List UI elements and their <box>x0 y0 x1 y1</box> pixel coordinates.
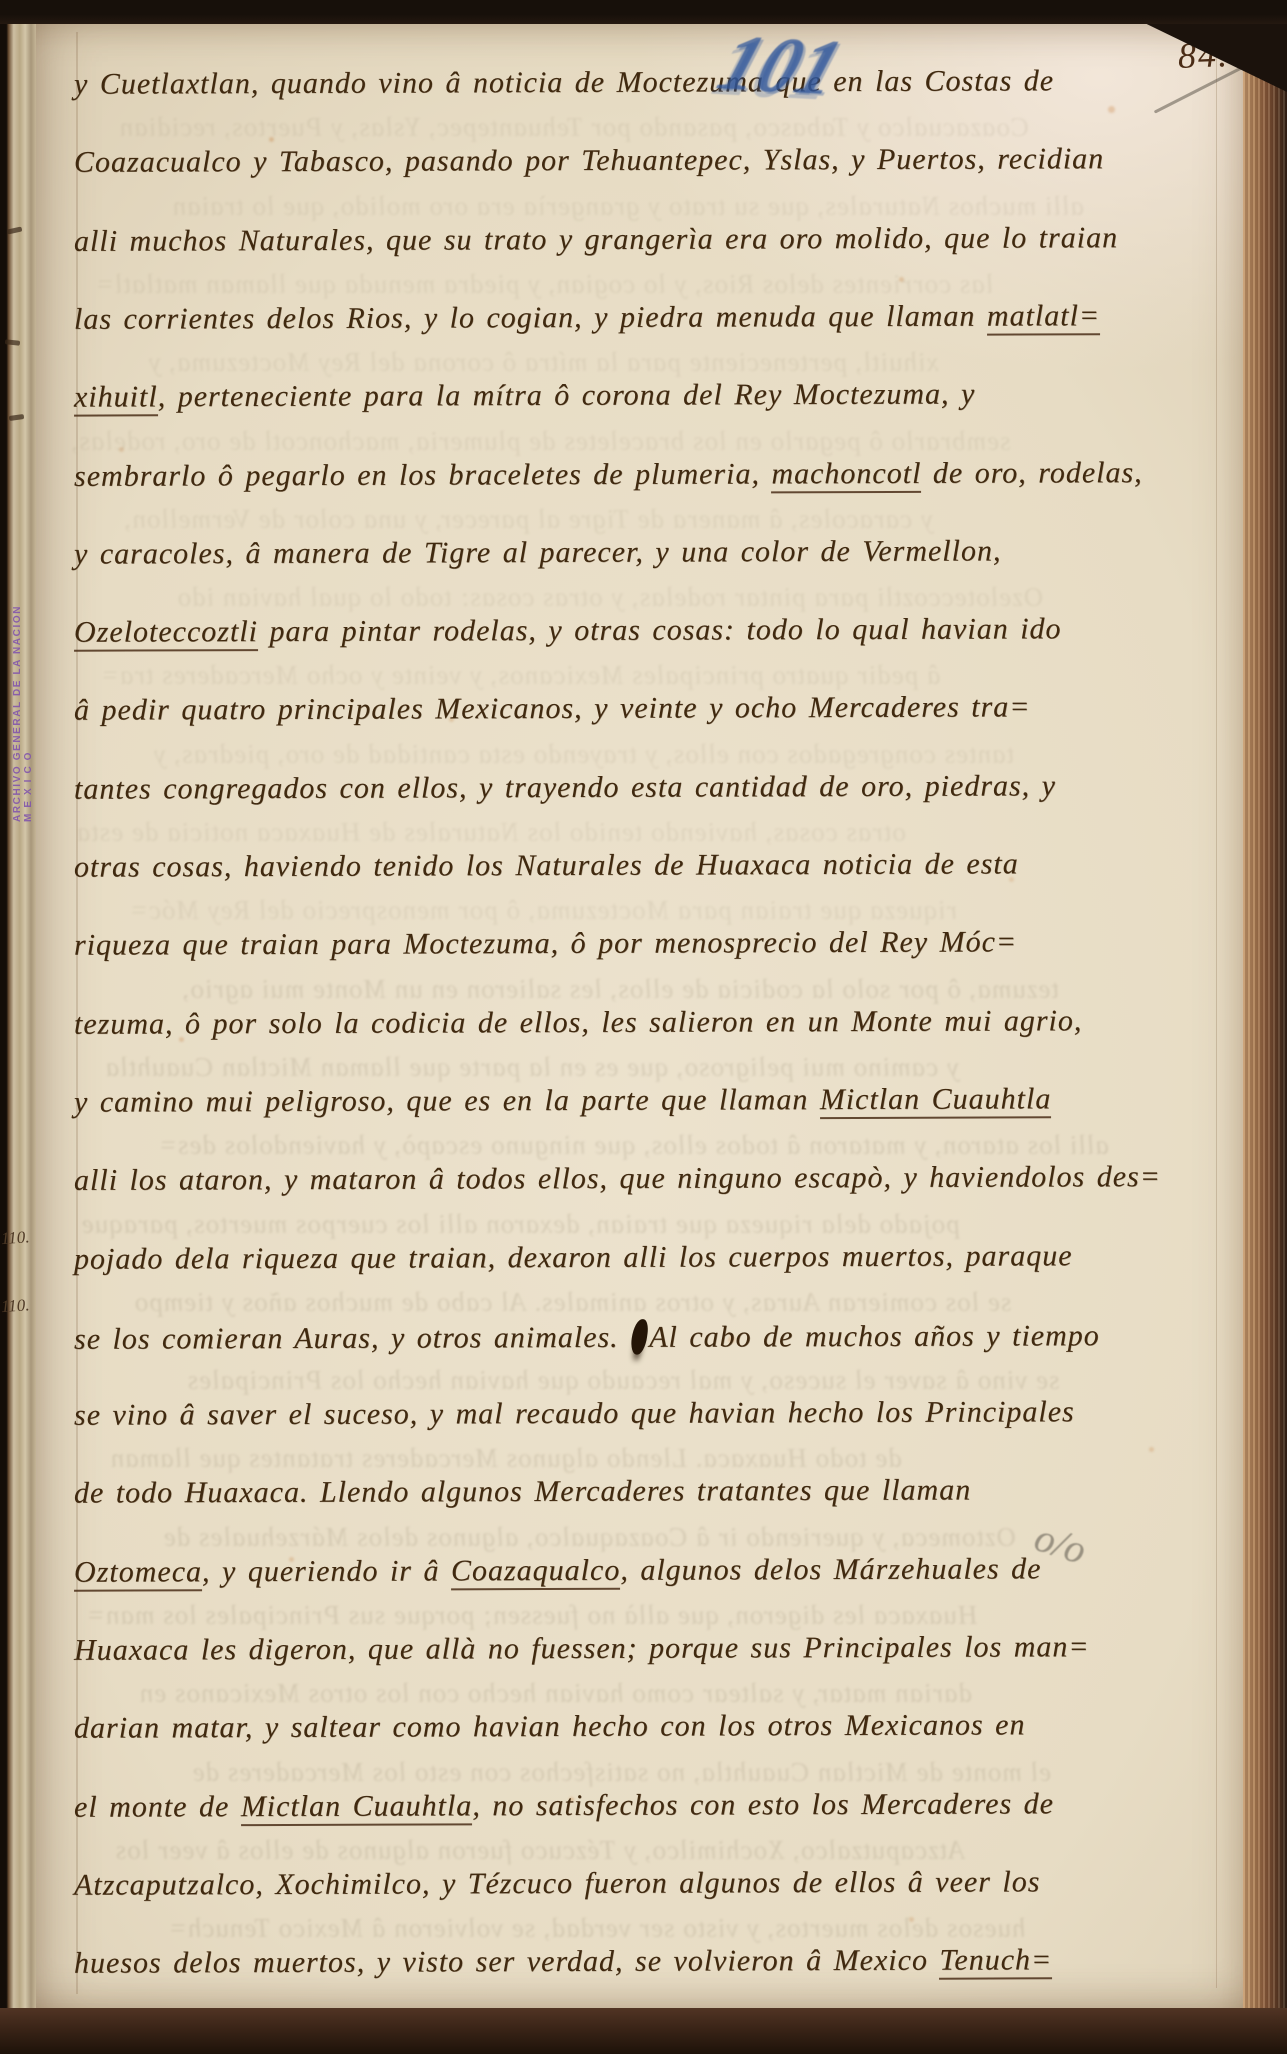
edge-fragment-number: 110. <box>0 1295 35 1317</box>
text-segment: para pintar rodelas, y otras cosas: todo… <box>258 612 1062 648</box>
underlined-term: Oztomeca <box>74 1555 202 1591</box>
manuscript-line: riqueza que traian para Moctezuma, ô por… <box>74 926 1017 963</box>
archive-stamp-city: MEXICO <box>23 616 34 822</box>
ink-blot <box>630 1318 650 1356</box>
manuscript-line: pojado dela riqueza que traian, dexaron … <box>74 1239 1073 1276</box>
archive-stamp: ARCHIVO GENERAL DE LA NACION MEXICO <box>12 616 48 822</box>
manuscript-line: sembrarlo ô pegarlo en los braceletes de… <box>74 456 1143 494</box>
manuscript-text: y Cuetlaxtlan, quando vino â noticia de … <box>30 18 1245 2010</box>
text-segment: alli muchos Naturales, que su trato y gr… <box>74 221 1118 258</box>
manuscript-scan: Coazacualco y Tabasco, pasando por Tehua… <box>0 0 1287 2054</box>
manuscript-line: y camino mui peligroso, que es en la par… <box>74 1082 1051 1119</box>
text-segment: tezuma, ô por solo la codicia de ellos, … <box>74 1004 1082 1041</box>
edge-fragment-number: 110. <box>0 1227 35 1249</box>
text-segment: y caracoles, â manera de Tigre al parece… <box>74 534 1002 570</box>
underlined-term: Coazaqualco <box>451 1553 620 1590</box>
text-segment: las corrientes delos Rios, y lo cogian, … <box>74 299 987 335</box>
text-segment: de oro, rodelas, <box>921 456 1142 490</box>
manuscript-line: las corrientes delos Rios, y lo cogian, … <box>74 299 1100 337</box>
manuscript-line: Atzcaputzalco, Xochimilco, y Tézcuco fue… <box>74 1865 1041 1902</box>
text-segment: y camino mui peligroso, que es en la par… <box>74 1083 820 1119</box>
text-segment: â pedir quatro principales Mexicanos, y … <box>74 691 1031 727</box>
manuscript-line: Oztomeca, y queriendo ir â Coazaqualco, … <box>74 1552 1042 1589</box>
manuscript-line: otras cosas, haviendo tenido los Natural… <box>74 847 1019 884</box>
binding-bottom-edge <box>0 2008 1287 2054</box>
text-segment: otras cosas, haviendo tenido los Natural… <box>74 847 1019 883</box>
manuscript-line: xihuitl, perteneciente para la mítra ô c… <box>74 378 975 415</box>
underlined-term: Mictlan Cuauhtla <box>820 1082 1052 1119</box>
text-segment: alli los ataron, y mataron â todos ellos… <box>74 1160 1161 1197</box>
book-gutter-page-edges <box>0 0 36 2054</box>
manuscript-line: y caracoles, â manera de Tigre al parece… <box>74 534 1002 571</box>
underlined-term: matlatl= <box>987 299 1100 335</box>
manuscript-line: huesos delos muertos, y visto ser verdad… <box>74 1943 1052 1980</box>
manuscript-line: Huaxaca les digeron, que allà no fuessen… <box>74 1630 1090 1668</box>
manuscript-line: tezuma, ô por solo la codicia de ellos, … <box>74 1004 1082 1042</box>
manuscript-line: â pedir quatro principales Mexicanos, y … <box>74 691 1031 728</box>
text-segment: Atzcaputzalco, Xochimilco, y Tézcuco fue… <box>74 1865 1040 1901</box>
manuscript-line: tantes congregados con ellos, y trayendo… <box>74 769 1056 806</box>
text-segment: huesos delos muertos, y visto ser verdad… <box>74 1944 940 1980</box>
manuscript-line: se los comieran Auras, y otros animales.… <box>74 1317 1100 1357</box>
text-segment: Huaxaca les digeron, que allà no fuessen… <box>74 1630 1090 1667</box>
manuscript-page: Coazacualco y Tabasco, pasando por Tehua… <box>30 18 1245 2010</box>
underlined-term: Mictlan Cuauhtla <box>241 1789 473 1826</box>
text-segment: darian matar, y saltear como havian hech… <box>74 1709 1026 1745</box>
manuscript-line: Ozeloteccoztli para pintar rodelas, y ot… <box>74 612 1062 649</box>
underlined-term: xihuitl <box>74 380 158 416</box>
text-segment: Coazacualco y Tabasco, pasando por Tehua… <box>74 142 1104 179</box>
text-segment: de todo Huaxaca. Llendo algunos Mercader… <box>74 1474 971 1510</box>
manuscript-line: Coazacualco y Tabasco, pasando por Tehua… <box>74 142 1104 180</box>
text-segment: se vino â saver el suceso, y mal recaudo… <box>74 1395 1075 1431</box>
text-segment: el monte de <box>74 1790 241 1824</box>
manuscript-line: alli los ataron, y mataron â todos ellos… <box>74 1160 1161 1198</box>
manuscript-line: el monte de Mictlan Cuauhtla, no satisfe… <box>74 1787 1054 1824</box>
text-segment: sembrarlo ô pegarlo en los braceletes de… <box>74 457 772 492</box>
manuscript-line: y Cuetlaxtlan, quando vino â noticia de … <box>74 64 1054 101</box>
text-segment: riqueza que traian para Moctezuma, ô por… <box>74 926 1017 962</box>
text-segment: Al cabo de muchos años y tiempo <box>649 1319 1100 1354</box>
manuscript-line: darian matar, y saltear como havian hech… <box>74 1709 1026 1746</box>
binding-top-edge <box>0 0 1287 24</box>
underlined-term: machoncotl <box>771 456 921 493</box>
text-segment: tantes congregados con ellos, y trayendo… <box>74 769 1056 805</box>
underlined-term: Tenuch= <box>939 1943 1052 1979</box>
text-segment: , no satisfechos con esto los Mercaderes… <box>472 1787 1054 1822</box>
underlined-term: Ozeloteccoztli <box>74 615 258 652</box>
manuscript-line: se vino â saver el suceso, y mal recaudo… <box>74 1395 1075 1432</box>
text-segment: , algunos delos Márzehuales de <box>620 1552 1041 1586</box>
text-segment: , y queriendo ir â <box>202 1554 451 1588</box>
text-segment: , perteneciente para la mítra ô corona d… <box>158 378 976 414</box>
fore-edge-page-block <box>1243 58 1287 2054</box>
archive-stamp-text: ARCHIVO GENERAL DE LA NACION <box>12 616 23 822</box>
manuscript-line: de todo Huaxaca. Llendo algunos Mercader… <box>74 1474 971 1511</box>
text-segment: pojado dela riqueza que traian, dexaron … <box>74 1239 1073 1275</box>
text-segment: y Cuetlaxtlan, quando vino â noticia de … <box>74 64 1054 100</box>
text-segment: se los comieran Auras, y otros animales. <box>74 1321 630 1356</box>
manuscript-line: alli muchos Naturales, que su trato y gr… <box>74 221 1118 259</box>
